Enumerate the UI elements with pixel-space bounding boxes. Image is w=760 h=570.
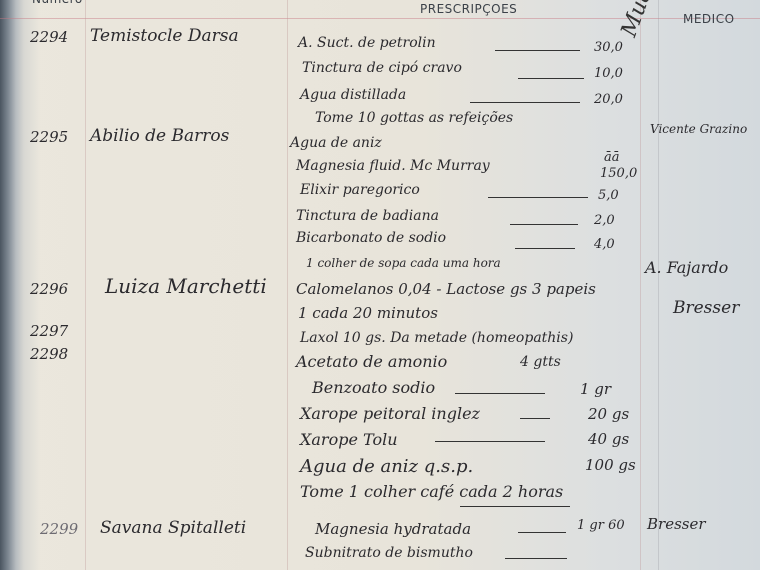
- doctor-name: Bresser: [647, 515, 706, 533]
- column-rule-prescriptions: [287, 0, 288, 570]
- prescription-line: Xarope Tolu: [300, 430, 398, 449]
- dose-value: 2,0: [594, 213, 615, 228]
- prescription-line: Acetato de amonio: [296, 352, 447, 371]
- entry-number: 2296: [30, 280, 68, 298]
- doctor-name: A. Fajardo: [645, 258, 728, 277]
- prescription-line: Agua de aniz q.s.p.: [300, 456, 473, 477]
- dose-leader: [488, 197, 588, 198]
- dose-value: āā: [604, 150, 620, 165]
- dose-value: 150,0: [600, 166, 637, 181]
- dose-leader: [520, 418, 550, 419]
- prescription-line: Elixir paregorico: [300, 182, 420, 198]
- doctor-name: Bresser: [673, 298, 739, 318]
- entry-number: 2299: [40, 520, 78, 538]
- dose-leader: [515, 248, 575, 249]
- patient-name: Luiza Marchetti: [105, 274, 267, 298]
- header-signature: Mua: [617, 0, 658, 40]
- dose-leader: [510, 224, 578, 225]
- register-page: Numero PRESCRIPÇOES MEDICO Mua 2294 Temi…: [0, 0, 760, 570]
- patient-name: Abilio de Barros: [90, 126, 229, 146]
- dose-leader: [460, 506, 570, 507]
- dose-value: 1 gr: [580, 380, 611, 398]
- prescription-line: Tome 1 colher café cada 2 horas: [300, 482, 563, 501]
- dose-leader: [518, 78, 584, 79]
- header-number: Numero: [32, 0, 83, 6]
- prescription-line: Tinctura de badiana: [296, 208, 439, 224]
- patient-name: Temistocle Darsa: [90, 26, 239, 46]
- prescription-line: 1 cada 20 minutos: [298, 304, 438, 322]
- dose-value: 4 gtts: [520, 354, 561, 370]
- prescription-line: Tinctura de cipó cravo: [302, 60, 462, 76]
- dose-value: 1 gr 60: [577, 518, 625, 533]
- entry-number: 2294: [30, 28, 68, 46]
- prescription-line: Xarope peitoral inglez: [300, 404, 480, 423]
- prescription-line: 1 colher de sopa cada uma hora: [306, 256, 501, 270]
- column-rule-number: [85, 0, 86, 570]
- dose-value: 20 gs: [588, 405, 629, 423]
- dose-value: 5,0: [598, 188, 619, 203]
- dose-leader: [505, 558, 567, 559]
- prescription-line: Benzoato sodio: [312, 378, 435, 397]
- dose-value: 4,0: [594, 237, 615, 252]
- prescription-line: Agua de aniz: [290, 135, 382, 151]
- dose-value: 40 gs: [588, 430, 629, 448]
- entry-number: 2298: [30, 345, 68, 363]
- header-prescriptions: PRESCRIPÇOES: [420, 2, 517, 16]
- prescription-line: Magnesia hydratada: [315, 520, 471, 538]
- doctor-name: Vicente Grazino: [650, 122, 747, 136]
- dose-leader: [518, 532, 566, 533]
- column-rule-dose: [640, 0, 641, 570]
- prescription-line: Laxol 10 gs. Da metade (homeopathis): [300, 330, 573, 346]
- prescription-line: Subnitrato de bismutho: [305, 545, 473, 561]
- dose-leader: [470, 102, 580, 103]
- dose-value: 20,0: [594, 92, 623, 107]
- header-doctor: MEDICO: [683, 12, 735, 26]
- entry-number: 2295: [30, 128, 68, 146]
- dose-value: 30,0: [594, 40, 623, 55]
- dose-leader: [435, 441, 545, 442]
- prescription-line: A. Suct. de petrolin: [298, 35, 436, 51]
- dose-leader: [495, 50, 580, 51]
- dose-value: 100 gs: [585, 456, 636, 474]
- dose-leader: [455, 393, 545, 394]
- prescription-line: Calomelanos 0,04 - Lactose gs 3 papeis: [296, 280, 596, 298]
- prescription-line: Magnesia fluid. Mc Murray: [296, 158, 490, 174]
- patient-name: Savana Spitalleti: [100, 518, 246, 538]
- entry-number: 2297: [30, 322, 68, 340]
- prescription-line: Tome 10 gottas as refeições: [315, 110, 513, 126]
- column-rule-doctor: [658, 0, 659, 570]
- dose-value: 10,0: [594, 66, 623, 81]
- prescription-line: Bicarbonato de sodio: [296, 230, 446, 246]
- prescription-line: Agua distillada: [300, 87, 406, 103]
